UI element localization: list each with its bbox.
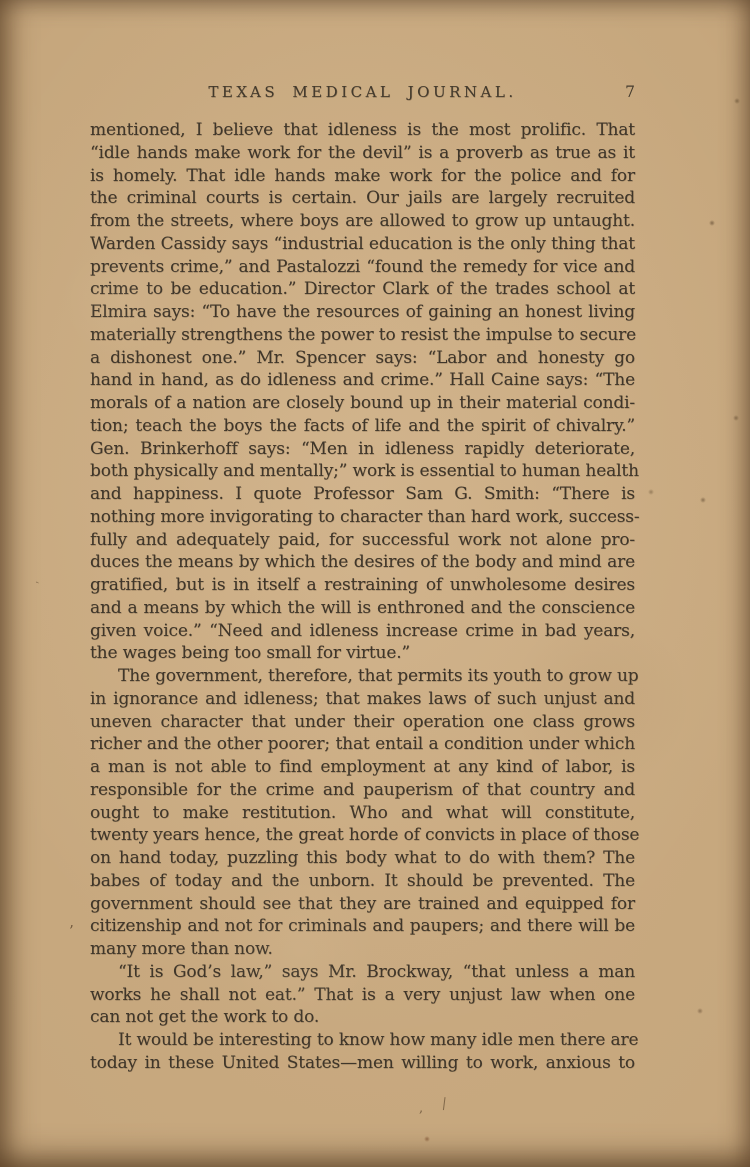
text-line: is homely. That idle hands make work for… [90,165,635,188]
text-line: the wages being too small for virtue.” [90,642,635,665]
text-line: works he shall not eat.” That is a very … [90,984,635,1007]
text-line: Elmira says: “To have the resources of g… [90,301,635,324]
text-line: the criminal courts is certain. Our jail… [90,187,635,210]
paragraph: The government, therefore, that permits … [90,665,635,961]
text-line: can not get the work to do. [90,1006,635,1029]
bottom-comma-mark: , [419,1101,423,1116]
text-line: tion; teach the boys the facts of life a… [90,415,635,438]
text-line: uneven character that under their operat… [90,711,635,734]
text-line: morals of a nation are closely bound up … [90,392,635,415]
text-line: given voice.” “Need and idleness increas… [90,620,635,643]
text-line: nothing more invigorating to character t… [90,506,635,529]
text-line: The government, therefore, that permits … [90,665,635,688]
text-line: babes of today and the unborn. It should… [90,870,635,893]
text-line: crime to be education.” Director Clark o… [90,278,635,301]
text-line: both physically and mentally;” work is e… [90,460,635,483]
text-line: “It is God’s law,” says Mr. Brockway, “t… [90,961,635,984]
scanned-book-page: TEXAS MEDICAL JOURNAL. 7 mentioned, I be… [0,0,750,1167]
text-line: duces the means by which the desires of … [90,551,635,574]
text-line: many more than now. [90,938,635,961]
paragraph: It would be interesting to know how many… [90,1029,635,1075]
running-head-title: TEXAS MEDICAL JOURNAL. [90,83,635,101]
page-number: 7 [620,83,640,101]
text-line: twenty years hence, the great horde of c… [90,824,635,847]
bottom-tick-mark: | [441,1096,447,1111]
text-line: from the streets, where boys are allowed… [90,210,635,233]
text-line: Warden Cassidy says “industrial educatio… [90,233,635,256]
text-line: prevents crime,” and Pastalozzi “found t… [90,256,635,279]
text-line: citizenship and not for criminals and pa… [90,915,635,938]
text-line: today in these United States—men willing… [90,1052,635,1075]
text-line: hand in hand, as do idleness and crime.”… [90,369,635,392]
margin-ink-mark: , [27,580,40,585]
text-line: government should see that they are trai… [90,893,635,916]
margin-apostrophe-mark: ’ [69,922,74,940]
text-line: and happiness. I quote Professor Sam G. … [90,483,635,506]
text-line: gratified, but is in itself a restrainin… [90,574,635,597]
text-line: fully and adequately paid, for successfu… [90,529,635,552]
text-line: a man is not able to find employment at … [90,756,635,779]
text-line: richer and the other poorer; that entail… [90,733,635,756]
text-line: “idle hands make work for the devil” is … [90,142,635,165]
text-line: a dishonest one.” Mr. Spencer says: “Lab… [90,347,635,370]
text-block: mentioned, I believe that idleness is th… [90,119,635,1075]
text-line: on hand today, puzzling this body what t… [90,847,635,870]
text-line: and a means by which the will is enthron… [90,597,635,620]
paragraph: mentioned, I believe that idleness is th… [90,119,635,665]
text-line: ought to make restitution. Who and what … [90,802,635,825]
text-line: Gen. Brinkerhoff says: “Men in idleness … [90,438,635,461]
paragraph: “It is God’s law,” says Mr. Brockway, “t… [90,961,635,1029]
text-line: It would be interesting to know how many… [90,1029,635,1052]
text-line: materially strengthens the power to resi… [90,324,635,347]
text-line: mentioned, I believe that idleness is th… [90,119,635,142]
text-line: responsible for the crime and pauperism … [90,779,635,802]
text-line: in ignorance and idleness; that makes la… [90,688,635,711]
